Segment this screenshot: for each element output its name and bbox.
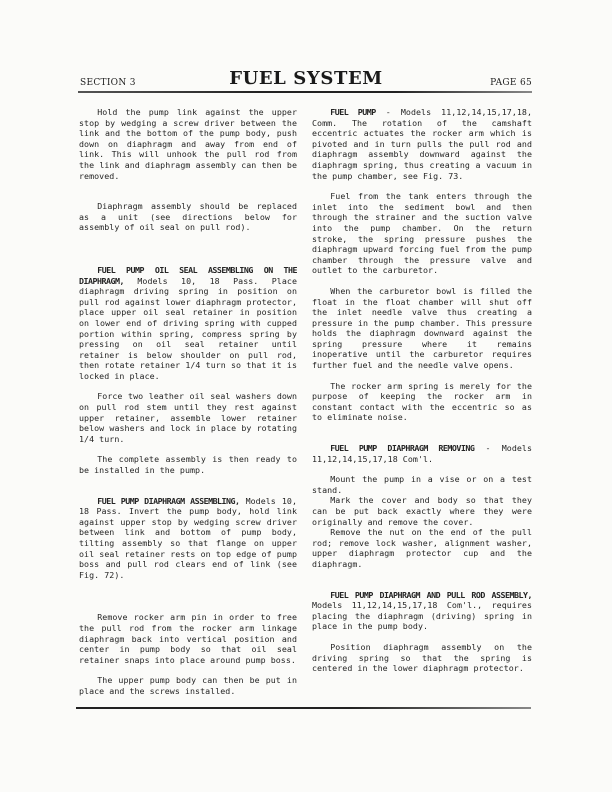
paragraph: Diaphragm assembly should be replaced as… xyxy=(79,201,297,233)
paragraph: FUEL PUMP DIAPHRAGM REMOVING - Models 11… xyxy=(312,443,532,464)
section-heading: FUEL PUMP xyxy=(330,107,375,117)
section-heading: FUEL PUMP DIAPHRAGM ASSEMBLING, xyxy=(97,496,239,506)
paragraph: Remove the nut on the end of the pull ro… xyxy=(312,527,532,569)
paragraph: Force two leather oil seal washers down … xyxy=(79,391,297,444)
right-column: FUEL PUMP - Models 11,12,14,15,17,18, Co… xyxy=(312,107,532,674)
paragraph: FUEL PUMP DIAPHRAGM AND PULL ROD ASSEMBL… xyxy=(312,590,532,632)
paragraph: Mark the cover and body so that they can… xyxy=(312,495,532,527)
paragraph: The complete assembly is then ready to b… xyxy=(79,454,297,475)
footer-rule xyxy=(76,707,531,709)
paragraph: The rocker arm spring is merely for the … xyxy=(312,381,532,423)
paragraph: FUEL PUMP DIAPHRAGM ASSEMBLING, Models 1… xyxy=(79,496,297,581)
paragraph: Fuel from the tank enters through the in… xyxy=(312,191,532,276)
section-heading: FUEL PUMP DIAPHRAGM REMOVING xyxy=(330,443,474,453)
paragraph: Remove rocker arm pin in order to free t… xyxy=(79,612,297,665)
paragraph: FUEL PUMP OIL SEAL ASSEMBLING ON THE DIA… xyxy=(79,265,297,382)
paragraph: FUEL PUMP - Models 11,12,14,15,17,18, Co… xyxy=(312,107,532,181)
document-page: SECTION 3 FUEL SYSTEM PAGE 65 Hold the p… xyxy=(0,0,612,792)
paragraph: The upper pump body can then be put in p… xyxy=(79,675,297,696)
section-heading: FUEL PUMP DIAPHRAGM AND PULL ROD ASSEMBL… xyxy=(330,590,532,600)
paragraph: Position diaphragm assembly on the drivi… xyxy=(312,642,532,674)
paragraph: Mount the pump in a vise or on a test st… xyxy=(312,474,532,495)
header-rule xyxy=(78,91,532,93)
paragraph: When the carburetor bowl is filled the f… xyxy=(312,286,532,371)
left-column: Hold the pump link against the upper sto… xyxy=(79,107,297,697)
page-number: PAGE 65 xyxy=(490,78,532,88)
paragraph: Hold the pump link against the upper sto… xyxy=(79,107,297,181)
